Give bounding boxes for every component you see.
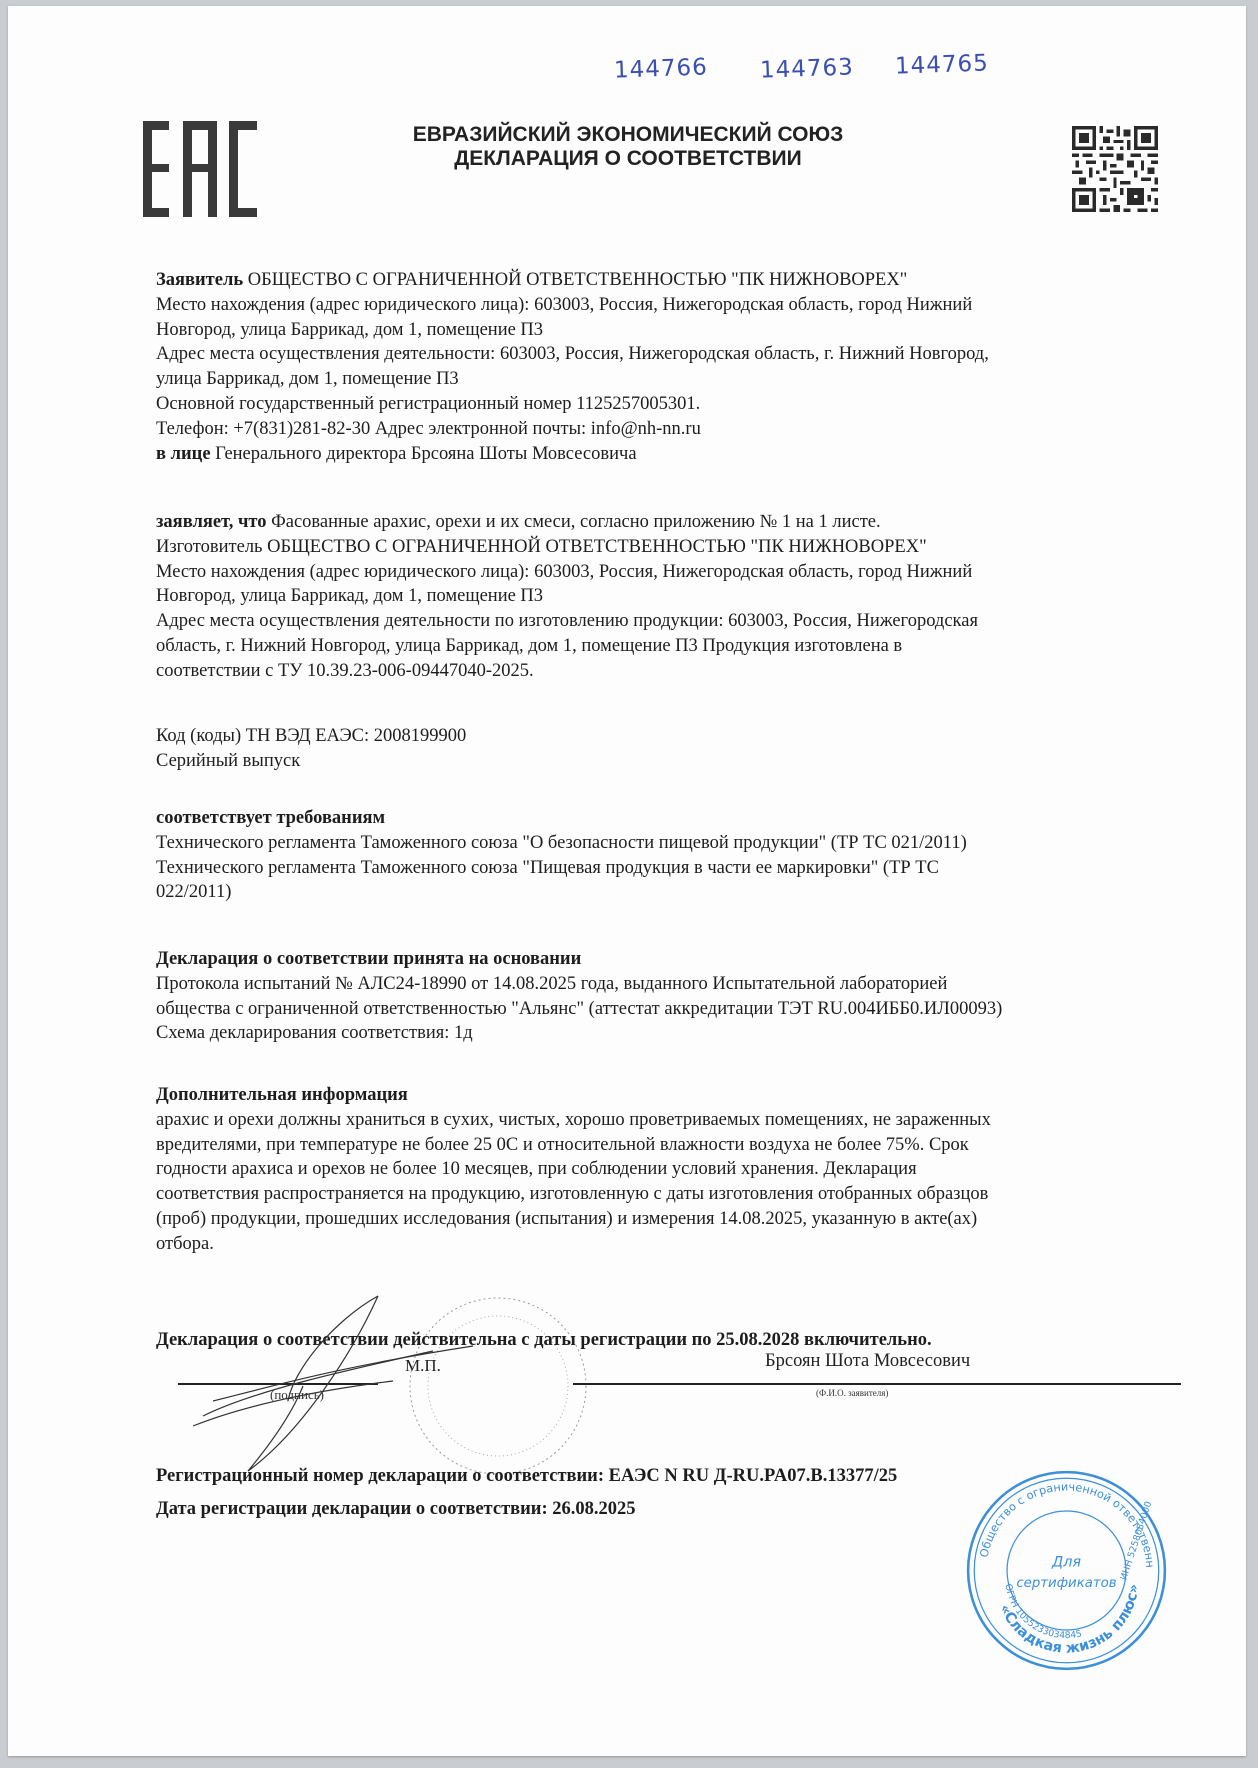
tn-ved-code: Код (коды) ТН ВЭД ЕАЭС: 2008199900 [156, 724, 1156, 749]
eac-logo-icon [141, 119, 261, 219]
stamp-center-line2: сертификатов [1016, 1576, 1116, 1591]
name-caption: (Ф.И.О. заявителя) [816, 1388, 888, 1398]
document-page: 144766 144763 144765 ЕВРАЗИЙСКИЙ ЭКОНОМИ… [8, 6, 1246, 1756]
requirement-line: 022/2011) [156, 880, 1156, 905]
basis-scheme: Схема декларирования соответствия: 1д [156, 1021, 1156, 1046]
handwritten-number: 144763 [760, 54, 855, 83]
additional-info-section: Дополнительная информация арахис и орехи… [156, 1083, 1156, 1257]
additional-info-line: соответствия распространяется на продукц… [156, 1182, 1156, 1207]
additional-info-line: арахис и орехи должны храниться в сухих,… [156, 1108, 1156, 1133]
additional-info-line: отбора. [156, 1232, 1156, 1257]
manufacturer: Изготовитель ОБЩЕСТВО С ОГРАНИЧЕННОЙ ОТВ… [156, 535, 1156, 560]
requirements-section: соответствует требованиям Технического р… [156, 806, 1156, 905]
basis-section: Декларация о соответствии принята на осн… [156, 947, 1156, 1046]
production-address: Адрес места осуществления деятельности п… [156, 609, 1156, 634]
production-address-cont: область, г. Нижний Новгород, улица Барри… [156, 634, 1156, 659]
applicant-activity-address-cont: улица Баррикад, дом 1, помещение П3 [156, 367, 1156, 392]
declaration-section: заявляет, что Фасованные арахис, орехи и… [156, 510, 1156, 684]
represented-label: в лице [156, 444, 211, 464]
additional-info-title: Дополнительная информация [156, 1083, 1156, 1108]
applicant-legal-address-cont: Новгород, улица Баррикад, дом 1, помещен… [156, 318, 1156, 343]
applicant-name: ОБЩЕСТВО С ОГРАНИЧЕННОЙ ОТВЕТСТВЕННОСТЬЮ… [243, 270, 907, 290]
manufacturer-address-cont: Новгород, улица Баррикад, дом 1, помещен… [156, 584, 1156, 609]
requirement-line: Технического регламента Таможенного союз… [156, 856, 1156, 881]
signer-name: Брсоян Шота Мовсесович [765, 1351, 970, 1372]
basis-line: общества с ограниченной ответственностью… [156, 997, 1156, 1022]
header-union-title: ЕВРАЗИЙСКИЙ ЭКОНОМИЧЕСКИЙ СОЮЗ [338, 123, 918, 147]
represented-by: Генерального директора Брсояна Шоты Мовс… [211, 444, 637, 464]
manufacturer-address: Место нахождения (адрес юридического лиц… [156, 560, 1156, 585]
applicant-contacts: Телефон: +7(831)281-82-30 Адрес электрон… [156, 417, 1156, 442]
header-declaration-title: ДЕКЛАРАЦИЯ О СООТВЕТСТВИИ [338, 147, 918, 171]
requirement-line: Технического регламента Таможенного союз… [156, 831, 1156, 856]
applicant-activity-address: Адрес места осуществления деятельности: … [156, 342, 1156, 367]
requirements-title: соответствует требованиям [156, 806, 1156, 831]
production-spec: соответствии с ТУ 10.39.23-006-09447040-… [156, 659, 1156, 684]
handwritten-number: 144766 [614, 54, 709, 83]
stamp-center-line1: Для [1051, 1554, 1081, 1570]
basis-title: Декларация о соответствии принята на осн… [156, 947, 1156, 972]
codes-section: Код (коды) ТН ВЭД ЕАЭС: 2008199900 Серий… [156, 724, 1156, 774]
basis-line: Протокола испытаний № АЛС24-18990 от 14.… [156, 972, 1156, 997]
applicant-legal-address: Место нахождения (адрес юридического лиц… [156, 293, 1156, 318]
applicant-section: Заявитель ОБЩЕСТВО С ОГРАНИЧЕННОЙ ОТВЕТС… [156, 268, 1156, 466]
declares-label: заявляет, что [156, 512, 267, 532]
applicant-label: Заявитель [156, 270, 243, 290]
applicant-ogrn: Основной государственный регистрационный… [156, 392, 1156, 417]
additional-info-line: годности арахиса и орехов не более 10 ме… [156, 1157, 1156, 1182]
qr-code-icon[interactable] [1072, 126, 1158, 212]
name-line [573, 1383, 1181, 1385]
release-type: Серийный выпуск [156, 749, 1156, 774]
additional-info-line: (проб) продукции, прошедших исследования… [156, 1207, 1156, 1232]
additional-info-line: вредителями, при температуре не более 25… [156, 1133, 1156, 1158]
handwritten-number: 144765 [895, 50, 990, 79]
company-stamp-icon: Общество с ограниченной ответственностью… [964, 1468, 1169, 1673]
document-header: ЕВРАЗИЙСКИЙ ЭКОНОМИЧЕСКИЙ СОЮЗ ДЕКЛАРАЦИ… [338, 123, 918, 171]
signature-icon [193, 1291, 483, 1481]
product-description: Фасованные арахис, орехи и их смеси, сог… [267, 512, 881, 532]
